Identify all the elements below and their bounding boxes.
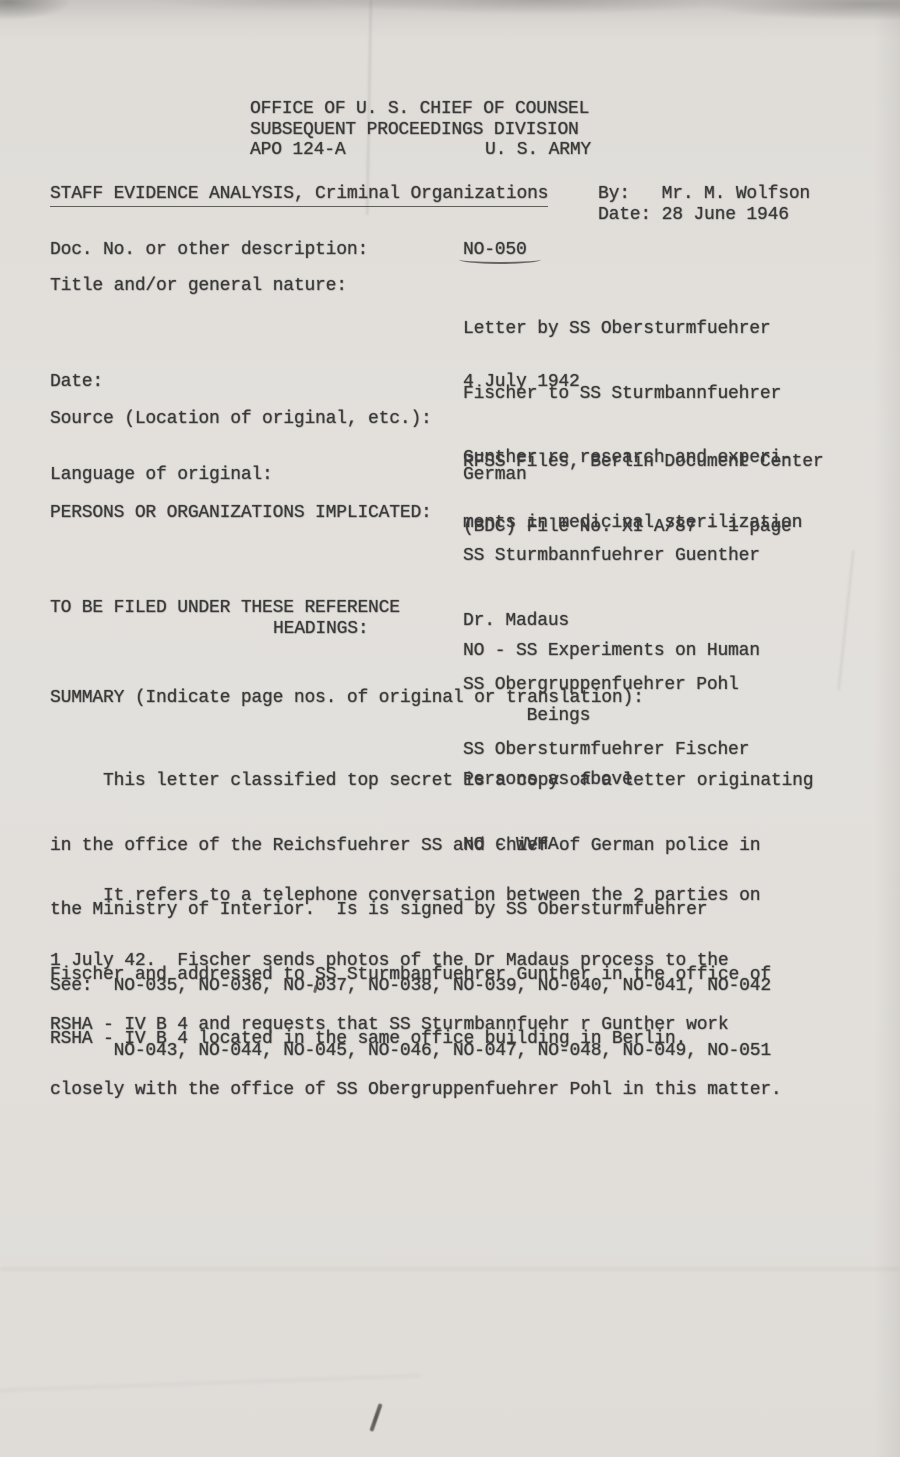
field-label-source: Source (Location of original, etc.): xyxy=(50,409,432,431)
letterhead-army-line: U. S. ARMY xyxy=(485,140,591,162)
paper-crease-lower xyxy=(0,1375,420,1392)
letterhead-apo-line: APO 124-A xyxy=(250,140,345,162)
field-value-language: German xyxy=(463,465,527,487)
pencil-slash-mark xyxy=(369,1403,382,1432)
paper-crease-bottom xyxy=(0,1268,900,1270)
paper-crease-right xyxy=(838,550,855,689)
document-page: OFFICE OF U. S. CHIEF OF COUNSEL SUBSEQU… xyxy=(0,0,900,1457)
field-value-date: 4 July 1942 xyxy=(463,372,580,394)
field-label-language: Language of original: xyxy=(50,465,273,487)
analysis-title-text: STAFF EVIDENCE ANALYSIS, Criminal Organi… xyxy=(50,184,548,207)
summary-para2-line1: It refers to a telephone conversation be… xyxy=(50,886,782,908)
analysis-title: STAFF EVIDENCE ANALYSIS, Criminal Organi… xyxy=(50,184,548,206)
field-label-title: Title and/or general nature: xyxy=(50,276,347,298)
analyst-by-line: By: Mr. M. Wolfson xyxy=(598,184,810,206)
field-label-persons: PERSONS OR ORGANIZATIONS IMPLICATED: xyxy=(50,503,432,525)
see-references: See: NO-035, NO-036, NO-037, NO-038, NO-… xyxy=(50,933,771,1105)
field-value-filed-line1: NO - SS Experiments on Human xyxy=(463,641,760,663)
field-label-filed-line1: TO BE FILED UNDER THESE REFERENCE xyxy=(50,598,400,620)
field-value-title-line1: Letter by SS Obersturmfuehrer xyxy=(463,319,802,341)
summary-heading: SUMMARY (Indicate page nos. of original … xyxy=(50,688,644,710)
see-references-line1: See: NO-035, NO-036, NO-037, NO-038, NO-… xyxy=(50,976,771,998)
field-value-persons-line1: SS Sturmbannfuehrer Guenther xyxy=(463,546,760,568)
field-label-doc-no: Doc. No. or other description: xyxy=(50,240,368,262)
field-label-date: Date: xyxy=(50,372,103,394)
analysis-date-line: Date: 28 June 1946 xyxy=(598,205,789,227)
letterhead-office-line: OFFICE OF U. S. CHIEF OF COUNSEL xyxy=(250,99,589,121)
field-value-doc-no: NO-050 xyxy=(463,240,527,262)
see-references-line2: NO-043, NO-044, NO-045, NO-046, NO-047, … xyxy=(50,1041,771,1063)
summary-para1-line1: This letter classified top secret is a c… xyxy=(50,771,813,793)
letterhead-division-line: SUBSEQUENT PROCEEDINGS DIVISION xyxy=(250,120,579,142)
field-label-filed-line2: HEADINGS: xyxy=(273,619,368,641)
